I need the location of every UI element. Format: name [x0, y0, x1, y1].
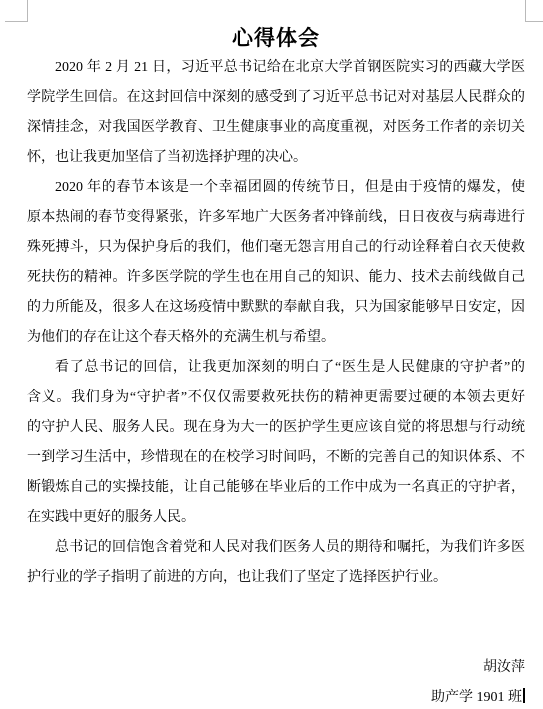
text-line[interactable]: 怀，也让我更加坚信了当初选择护理的决心。: [27, 143, 525, 173]
text-line[interactable]: 断锻炼自己的实操技能，让自己能够在毕业后的工作中成为一名真正的守护者，: [27, 473, 525, 503]
text-line[interactable]: 2020 年的春节本该是一个幸福团圆的传统节日，但是由于疫情的爆发，使: [27, 173, 525, 203]
text-line[interactable]: 殊死搏斗，只为保护身后的我们，他们毫无怨言用自己的行动诠释着白衣天使救: [27, 233, 525, 263]
signature-class-text: 助产学 1901 班: [431, 690, 522, 705]
text-line[interactable]: 2020 年 2 月 21 日，习近平总书记给在北京大学首钢医院实习的西藏大学医: [27, 53, 525, 83]
crop-mark-top-right-horizontal: [525, 21, 543, 22]
text-line[interactable]: 学院学生回信。在这封回信中深刻的感受到了习近平总书记对对基层人民群众的: [27, 83, 525, 113]
text-line[interactable]: 为他们的存在让这个春天格外的充满生机与希望。: [27, 323, 525, 353]
text-caret: [523, 688, 525, 703]
text-line[interactable]: 深情挂念，对我国医学教育、卫生健康事业的高度重视，对医务工作者的亲切关: [27, 113, 525, 143]
text-line[interactable]: 在实践中更好的服务人民。: [27, 503, 525, 533]
signature-class-line[interactable]: 助产学 1901 班: [27, 683, 525, 709]
document-title[interactable]: 心得体会: [27, 23, 525, 53]
signature-name[interactable]: 胡汝萍: [27, 653, 525, 683]
text-line[interactable]: 护行业的学子指明了前进的方向，也让我们了坚定了选择医护行业。: [27, 563, 525, 593]
text-line[interactable]: 的力所能及，很多人在这场疫情中默默的奉献自我，只为国家能够早日安定，因: [27, 293, 525, 323]
signature-block[interactable]: 胡汝萍 助产学 1901 班: [27, 653, 525, 709]
crop-mark-top-right-vertical: [525, 0, 526, 21]
document-page[interactable]: 心得体会 2020 年 2 月 21 日，习近平总书记给在北京大学首钢医院实习的…: [0, 0, 543, 709]
document-body[interactable]: 2020 年 2 月 21 日，习近平总书记给在北京大学首钢医院实习的西藏大学医…: [27, 53, 525, 593]
text-line[interactable]: 一到学习生活中，珍惜现在的在校学习时间吗，不断的完善自己的知识体系、不: [27, 443, 525, 473]
text-line[interactable]: 的守护人民、服务人民。现在身为大一的医护学生更应该自觉的将思想与行动统: [27, 413, 525, 443]
crop-mark-top-left-vertical: [27, 0, 28, 21]
crop-mark-top-left-horizontal: [5, 21, 28, 22]
text-line[interactable]: 总书记的回信饱含着党和人民对我们医务人员的期待和嘱托，为我们许多医: [27, 533, 525, 563]
text-line[interactable]: 原本热闹的春节变得紧张，许多军地广大医务者冲锋前线，日日夜夜与病毒进行: [27, 203, 525, 233]
text-line[interactable]: 含义。我们身为“守护者”不仅仅需要救死扶伤的精神更需要过硬的本领去更好: [27, 383, 525, 413]
text-line[interactable]: 死扶伤的精神。许多医学院的学生也在用自己的知识、能力、技术去前线做自己: [27, 263, 525, 293]
text-line[interactable]: 看了总书记的回信，让我更加深刻的明白了“医生是人民健康的守护者”的: [27, 353, 525, 383]
